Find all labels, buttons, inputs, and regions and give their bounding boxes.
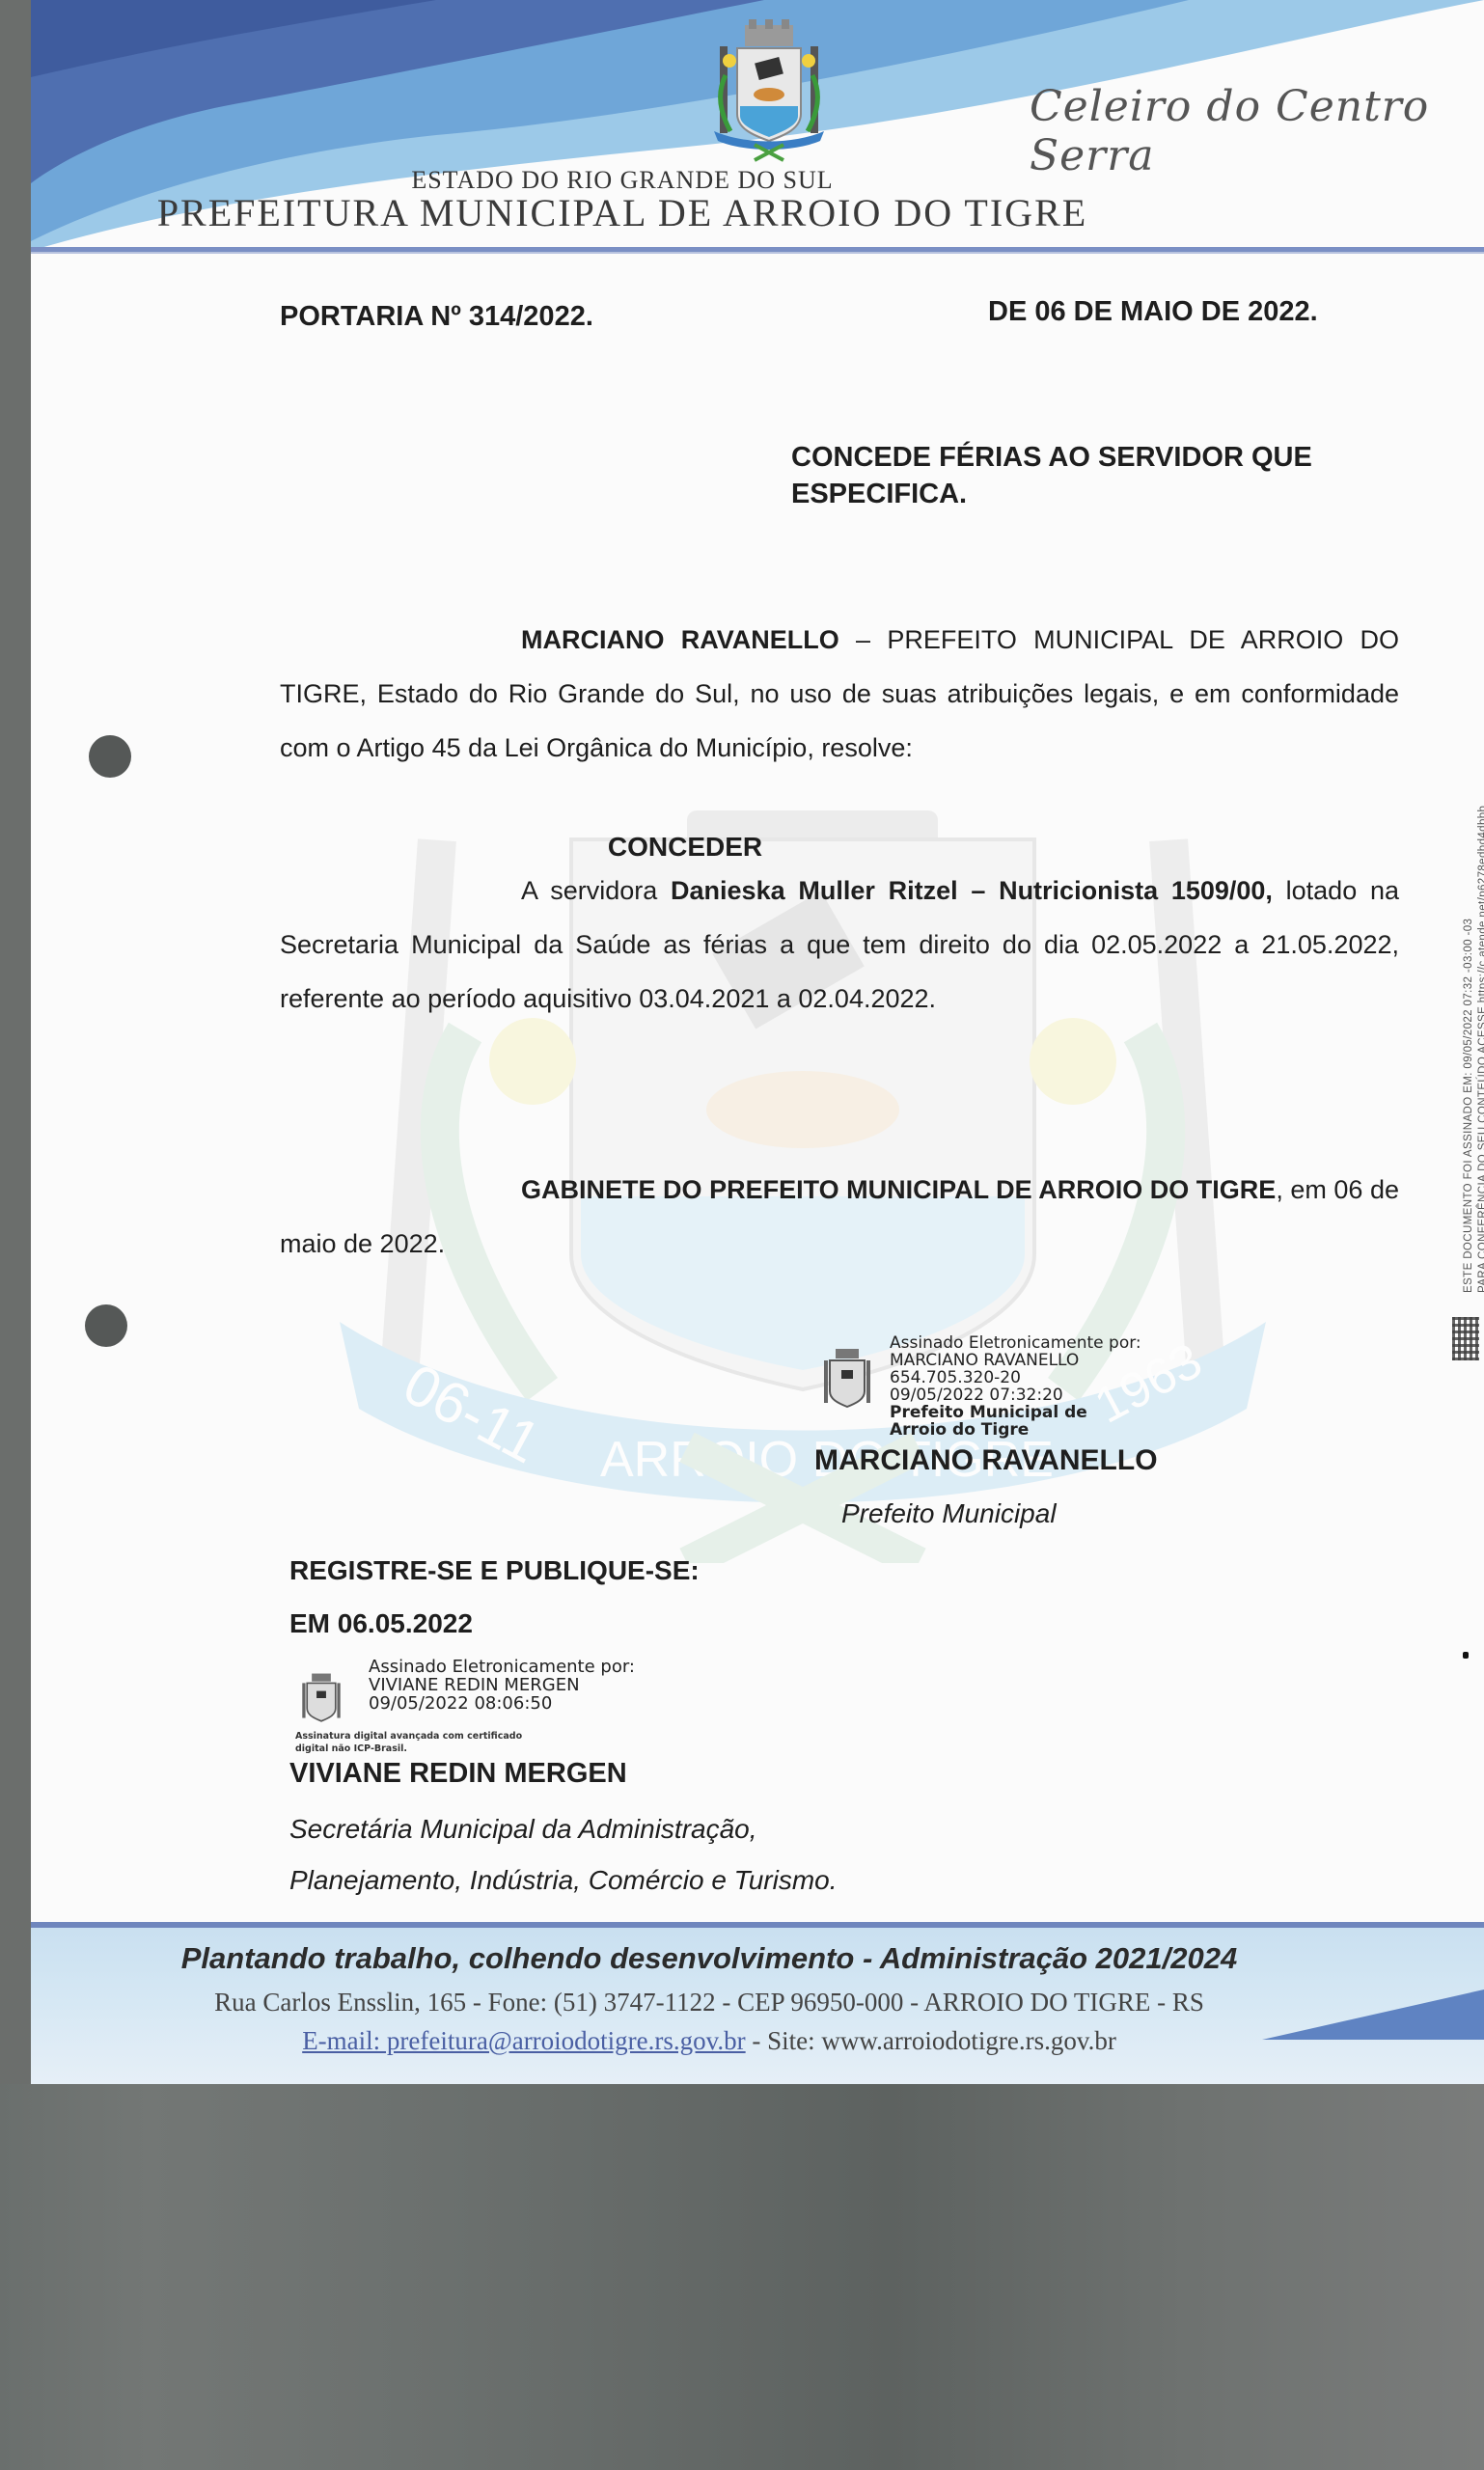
verification-margin: ESTE DOCUMENTO FOI ASSINADO EM: 09/05/20… [1443,675,1481,1380]
secretary-e-signature-stamp: Assinado Eletronicamente por: VIVIANE RE… [369,1658,635,1713]
prefeitura-title: PREFEITURA MUNICIPAL DE ARROIO DO TIGRE [31,190,1484,235]
signature-seal-icon [820,1347,874,1411]
registration-date: EM 06.05.2022 [289,1608,473,1639]
mayor-signature-role: Prefeito Municipal [841,1498,1057,1529]
portaria-date: DE 06 DE MAIO DE 2022. [988,285,1318,339]
closing-office: GABINETE DO PREFEITO MUNICIPAL DE ARROIO… [521,1175,1276,1204]
secretary-role-line-2: Planejamento, Indústria, Comércio e Turi… [289,1865,838,1896]
grant-paragraph: A servidora Danieska Muller Ritzel – Nut… [280,864,1399,1026]
footer-slogan: Plantando trabalho, colhendo desenvolvim… [31,1941,1484,1976]
stamp-signer: VIVIANE REDIN MERGEN [369,1676,635,1694]
footer-contacts: E-mail: prefeitura@arroiodotigre.rs.gov.… [31,2026,1484,2056]
stamp-label: Assinado Eletronicamente por: [369,1658,635,1676]
stamp-label: Assinado Eletronicamente por: [890,1334,1141,1352]
verification-signed-at: ESTE DOCUMENTO FOI ASSINADO EM: 09/05/20… [1462,806,1476,1293]
punch-hole-bottom [85,1304,127,1347]
footer-address: Rua Carlos Ensslin, 165 - Fone: (51) 374… [31,1988,1484,2017]
stamp-role-cont: Arroio do Tigre [890,1421,1141,1439]
mayor-name-inline: MARCIANO RAVANELLO [521,625,839,654]
secretary-signature-name: VIVIANE REDIN MERGEN [289,1758,627,1790]
grant-lead: A servidora [521,876,671,905]
verification-url[interactable]: PARA CONFERÊNCIA DO SEU CONTEÚDO ACESSE … [1476,806,1484,1293]
site-text: - Site: www.arroiodotigre.rs.gov.br [746,2026,1116,2055]
employee-name: Danieska Muller Ritzel – Nutricionista 1… [671,876,1273,905]
closing-paragraph: GABINETE DO PREFEITO MUNICIPAL DE ARROIO… [280,1163,1399,1271]
preamble-paragraph: MARCIANO RAVANELLO – PREFEITO MUNICIPAL … [280,613,1399,775]
verification-text: ESTE DOCUMENTO FOI ASSINADO EM: 09/05/20… [1462,806,1484,1293]
municipal-coat-of-arms-icon [697,17,841,162]
secretary-role-line-1: Secretária Municipal da Administração, [289,1814,757,1845]
registration-line: REGISTRE-SE E PUBLIQUE-SE: [289,1555,700,1586]
stamp-cpf: 654.705.320-20 [890,1369,1141,1386]
stamp-signer: MARCIANO RAVANELLO [890,1352,1141,1369]
document-page: Celeiro do Centro Serra ESTADO DO RIO GR… [31,0,1484,2084]
qr-code-icon[interactable] [1452,1317,1479,1360]
signature-seal-icon [299,1669,344,1727]
signature-disclaimer: Assinatura digital avançada com certific… [295,1730,556,1755]
scanner-left-edge [0,0,31,2084]
stamp-role: Prefeito Municipal de [890,1404,1141,1421]
punch-hole-top [89,735,131,778]
scan-speck [1463,1652,1469,1659]
letterhead-footer: Plantando trabalho, colhendo desenvolvim… [31,1922,1484,2084]
header-divider-shadow [31,252,1484,254]
preamble-text: – PREFEITO MUNICIPAL DE ARROIO DO TIGRE,… [280,625,1399,762]
stamp-datetime: 09/05/2022 07:32:20 [890,1386,1141,1404]
portaria-summary: CONCEDE FÉRIAS AO SERVIDOR QUE ESPECIFIC… [791,439,1409,512]
footer-divider [31,1922,1484,1928]
portaria-number: PORTARIA Nº 314/2022. [280,289,593,343]
mayor-signature-name: MARCIANO RAVANELLO [814,1444,1158,1477]
stamp-datetime: 09/05/2022 08:06:50 [369,1694,635,1713]
email-link[interactable]: E-mail: prefeitura@arroiodotigre.rs.gov.… [302,2026,745,2055]
mayor-e-signature-stamp: Assinado Eletronicamente por: MARCIANO R… [890,1334,1141,1439]
